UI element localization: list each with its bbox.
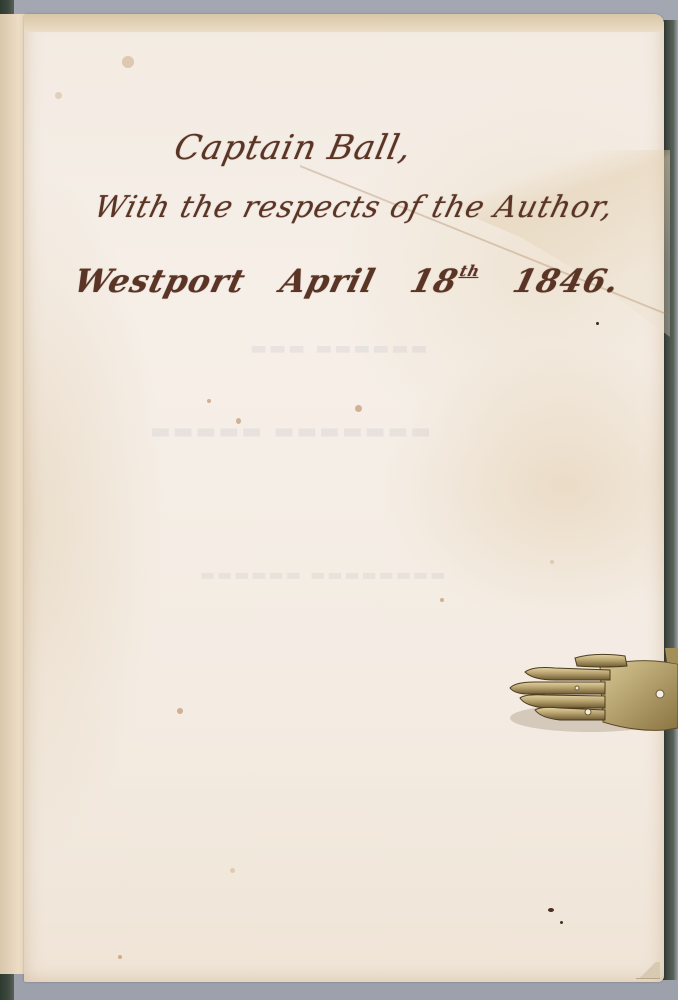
inscription-ordinal: th xyxy=(458,262,482,280)
inscription-month: April xyxy=(277,262,380,300)
inscription-dedication: With the respects of the Author, xyxy=(91,190,618,225)
inscription-recipient: Captain Ball, xyxy=(171,128,416,168)
inscription-place-date: Westport April 18th 1846. xyxy=(70,262,624,300)
inscription-place: Westport xyxy=(70,262,249,300)
inscription-day: 18 xyxy=(406,262,462,300)
handwritten-inscription: Captain Ball, With the respects of the A… xyxy=(0,0,678,1000)
inscription-year: 1846. xyxy=(509,262,624,300)
dog-eared-corner xyxy=(636,962,660,979)
brass-hand-clasp-icon xyxy=(505,648,678,740)
